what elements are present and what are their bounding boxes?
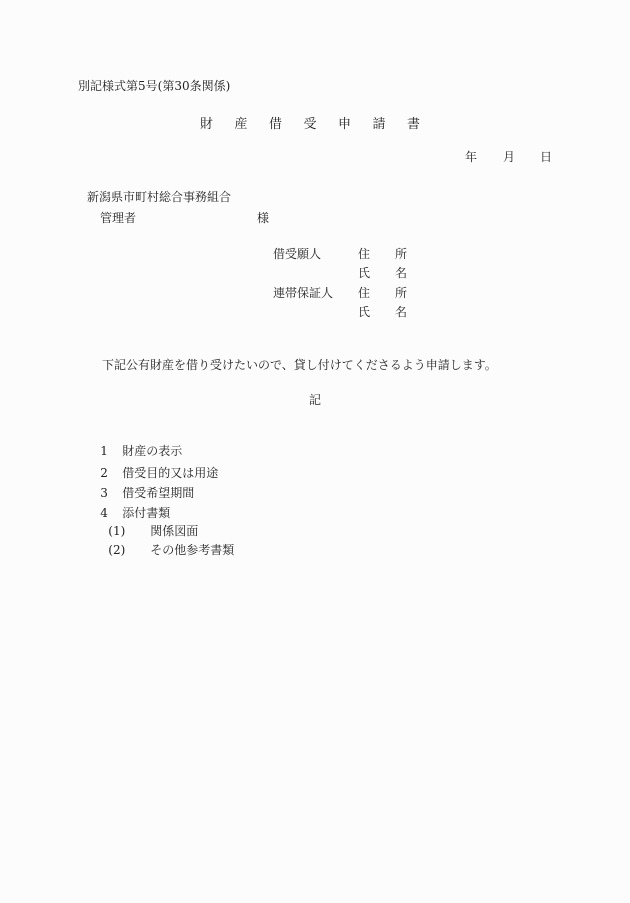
guarantor-address-label: 住 所 [358, 287, 414, 299]
sub-item-2: (2)その他参考書類 [93, 532, 234, 568]
section-marker: 記 [309, 394, 321, 406]
recipient-role: 管理者 [100, 212, 136, 224]
date-month-label: 月 [503, 151, 515, 163]
recipient-organization: 新潟県市町村総合事務組合 [87, 191, 231, 203]
guarantor-name-label: 氏 名 [358, 306, 414, 318]
document-title: 財 産 借 受 申 請 書 [200, 118, 424, 131]
date-year-label: 年 [465, 151, 477, 163]
borrower-name-label: 氏 名 [358, 267, 414, 279]
recipient-honorific: 様 [257, 212, 269, 224]
sub-item-2-number: (2) [108, 544, 150, 556]
date-day-label: 日 [540, 151, 552, 163]
sub-item-2-text: その他参考書類 [150, 543, 234, 557]
borrower-address-label: 住 所 [358, 248, 414, 260]
body-text: 下記公有財産を借り受けたいので、貸し付けてくださるよう申請します。 [102, 359, 497, 371]
borrower-label: 借受願人 [273, 248, 321, 260]
application-form-page: 別記様式第5号(第30条関係) 財 産 借 受 申 請 書 年 月 日 新潟県市… [0, 0, 630, 903]
guarantor-label: 連帯保証人 [273, 287, 333, 299]
form-number: 別記様式第5号(第30条関係) [78, 80, 230, 92]
